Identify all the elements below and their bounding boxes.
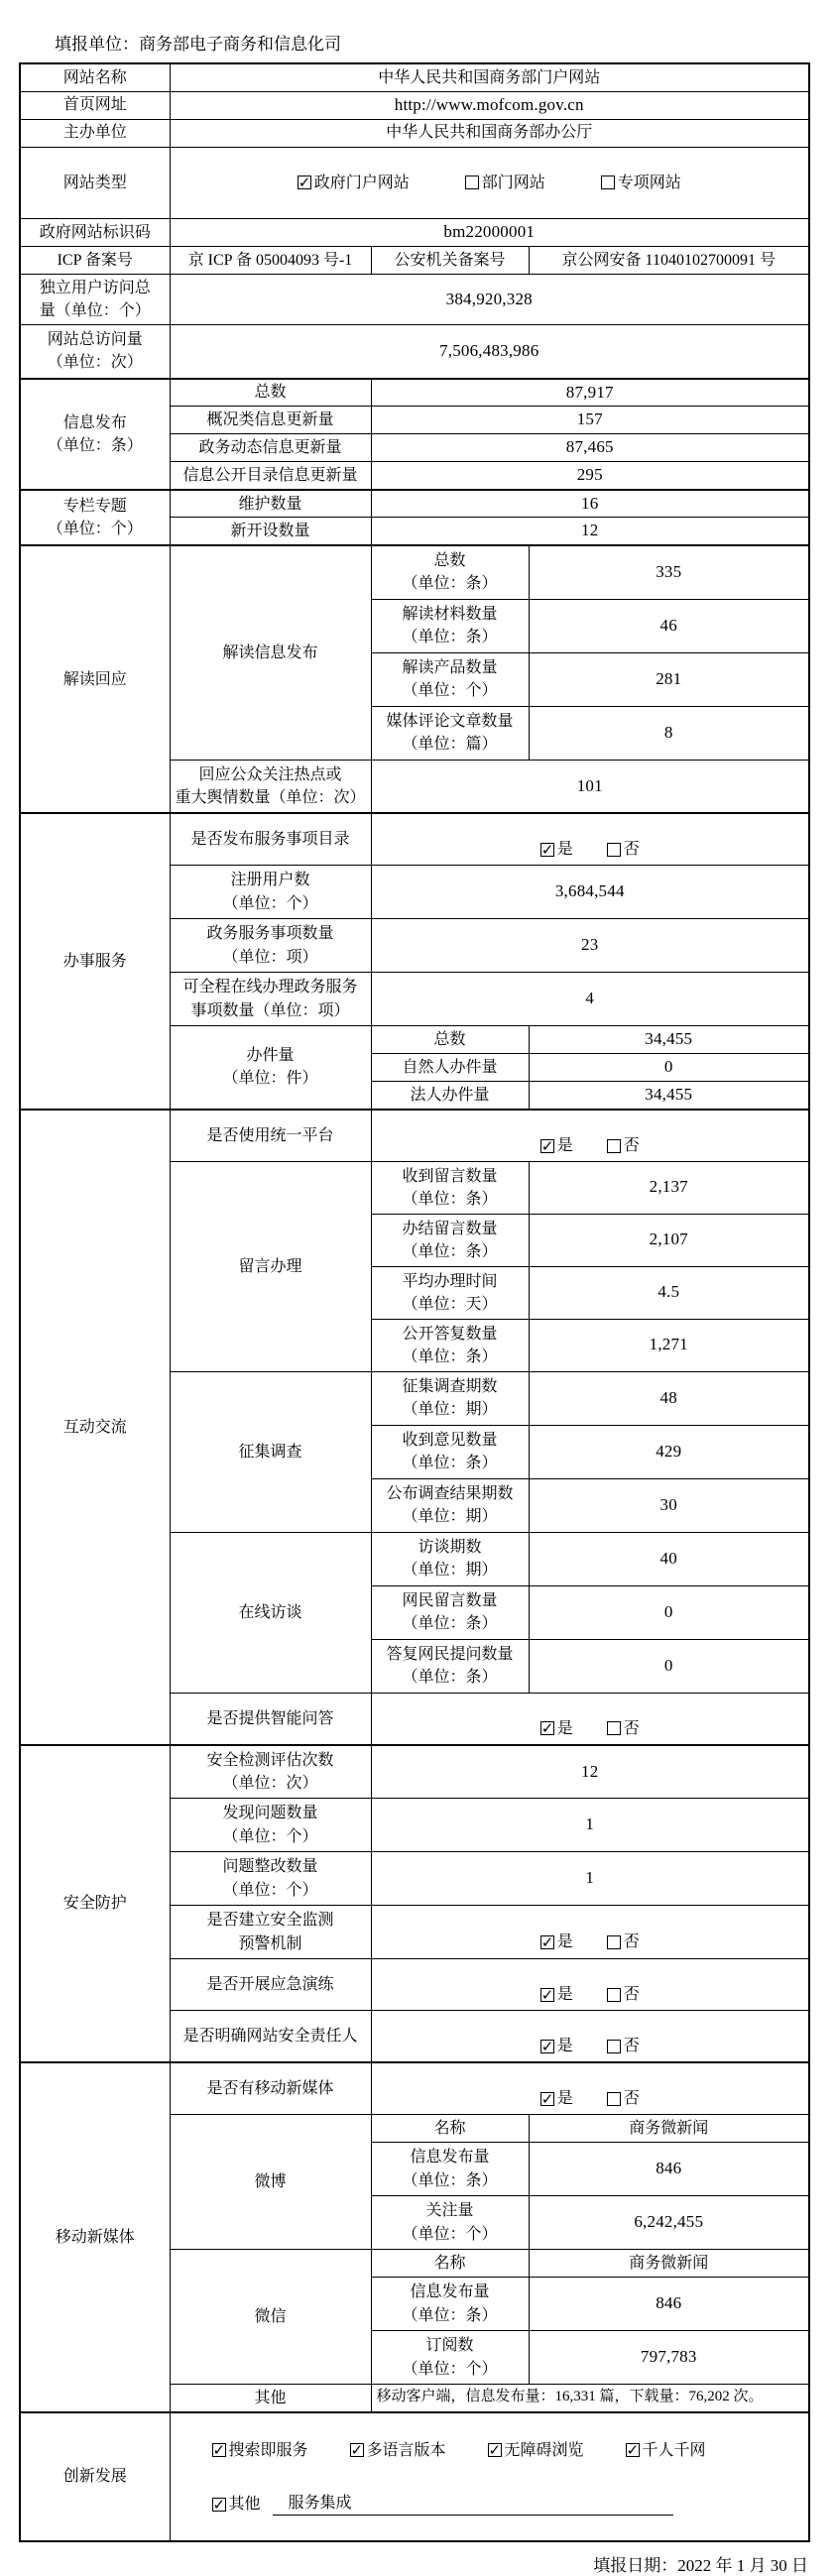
security-monitor-label: 是否建立安全监测 预警机制 — [170, 1906, 371, 1959]
mobile-has-label: 是否有移动新媒体 — [170, 2062, 371, 2114]
security-responsible-yesno: 是 否 — [371, 2011, 809, 2062]
no-option: 否 — [607, 1717, 640, 1740]
services-catalog-yesno: 是 否 — [371, 813, 809, 865]
no-option: 否 — [607, 2087, 640, 2110]
msg-received-value: 2,137 — [529, 1161, 809, 1214]
site-type-options: 政府门户网站 部门网站 专项网站 — [170, 147, 809, 219]
no-option: 否 — [607, 1134, 640, 1157]
checkbox-unchecked-icon — [465, 176, 479, 189]
interview-replies-value: 0 — [529, 1639, 809, 1693]
info-catalog-label: 信息公开目录信息更新量 — [170, 462, 371, 490]
interaction-group: 互动交流 — [20, 1110, 170, 1745]
checkbox-unchecked-icon — [607, 1988, 621, 2002]
security-assess-label: 安全检测评估次数 （单位：次） — [170, 1745, 371, 1799]
wechat-posts-value: 846 — [529, 2278, 809, 2331]
yes-option: 是 — [540, 1983, 573, 2006]
weibo-posts-value: 846 — [529, 2143, 809, 2196]
innovation-option-accessibility: 无障碍浏览 — [488, 2439, 584, 2462]
yes-option: 是 — [540, 1717, 573, 1740]
checkbox-checked-icon — [540, 2092, 554, 2106]
service-items-label: 政务服务事项数量 （单位：项） — [170, 919, 371, 973]
survey-opinions-value: 429 — [529, 1425, 809, 1478]
interview-messages-label: 网民留言数量 （单位：条） — [371, 1585, 529, 1639]
no-option: 否 — [607, 1983, 640, 2006]
wechat-subs-value: 797,783 — [529, 2331, 809, 2385]
info-dynamic-label: 政务动态信息更新量 — [170, 434, 371, 462]
special-columns-group: 专栏专题 （单位：个） — [20, 490, 170, 545]
yes-option: 是 — [540, 1134, 573, 1157]
checkbox-checked-icon — [298, 176, 311, 189]
security-assess-value: 12 — [371, 1745, 809, 1799]
police-record-label: 公安机关备案号 — [371, 247, 529, 275]
msg-done-label: 办结留言数量 （单位：条） — [371, 1214, 529, 1266]
info-dynamic-value: 87,465 — [371, 434, 809, 462]
registered-users-label: 注册用户数 （单位：个） — [170, 866, 371, 919]
msg-public-reply-label: 公开答复数量 （单位：条） — [371, 1319, 529, 1371]
mobile-other-label: 其他 — [170, 2385, 371, 2412]
mobile-other-value: 移动客户端，信息发布量：16,331 篇，下载量：76,202 次。 — [371, 2385, 809, 2412]
mobile-group: 移动新媒体 — [20, 2062, 170, 2411]
online-items-label: 可全程在线办理政务服务 事项数量（单位：项） — [170, 973, 371, 1026]
interp-material-value: 46 — [529, 599, 809, 652]
no-option: 否 — [607, 838, 640, 861]
weibo-group: 微博 — [170, 2115, 371, 2250]
interp-total-label: 总数 （单位：条） — [371, 545, 529, 599]
security-found-label: 发现问题数量 （单位：个） — [170, 1799, 371, 1852]
msg-public-reply-value: 1,271 — [529, 1319, 809, 1371]
innovation-option-other: 其他 — [212, 2493, 261, 2516]
weibo-name-value: 商务微新闻 — [529, 2115, 809, 2143]
special-new-label: 新开设数量 — [170, 518, 371, 545]
yes-option: 是 — [540, 2087, 573, 2110]
weibo-followers-label: 关注量 （单位：个） — [371, 2196, 529, 2250]
checkbox-checked-icon — [540, 1139, 554, 1153]
interview-periods-value: 40 — [529, 1532, 809, 1585]
msg-received-label: 收到留言数量 （单位：条） — [371, 1161, 529, 1214]
weibo-posts-label: 信息发布量 （单位：条） — [371, 2143, 529, 2196]
checkbox-unchecked-icon — [607, 1139, 621, 1153]
weibo-followers-value: 6,242,455 — [529, 2196, 809, 2250]
wechat-posts-label: 信息发布量 （单位：条） — [371, 2278, 529, 2331]
innovation-option-personalized: 千人千网 — [626, 2439, 706, 2462]
icp-label: ICP 备案号 — [20, 247, 170, 275]
checkbox-checked-icon — [212, 2443, 226, 2457]
security-drill-yesno: 是 否 — [371, 1959, 809, 2011]
interpretation-subgroup: 解读信息发布 — [170, 545, 371, 760]
msg-done-value: 2,107 — [529, 1214, 809, 1266]
interpretation-group: 解读回应 — [20, 545, 170, 813]
checkbox-unchecked-icon — [607, 1721, 621, 1735]
site-type-label: 网站类型 — [20, 147, 170, 219]
survey-results-label: 公布调查结果期数 （单位：期） — [371, 1478, 529, 1532]
interp-product-label: 解读产品数量 （单位：个） — [371, 652, 529, 706]
msg-avg-time-label: 平均办理时间 （单位：天） — [371, 1266, 529, 1319]
site-type-option-special: 专项网站 — [601, 172, 681, 194]
handled-natural-label: 自然人办件量 — [371, 1054, 529, 1082]
checkbox-checked-icon — [212, 2498, 226, 2512]
survey-periods-label: 征集调查期数 （单位：期） — [371, 1371, 529, 1425]
interview-messages-value: 0 — [529, 1585, 809, 1639]
unified-platform-label: 是否使用统一平台 — [170, 1110, 371, 1161]
handled-total-label: 总数 — [371, 1026, 529, 1054]
interp-product-value: 281 — [529, 652, 809, 706]
annual-report-table: 网站名称 中华人民共和国商务部门户网站 首页网址 http://www.mofc… — [19, 62, 810, 2542]
total-visits-label: 网站总访问量 （单位：次） — [20, 325, 170, 379]
interp-material-label: 解读材料数量 （单位：条） — [371, 599, 529, 652]
total-visits-value: 7,506,483,986 — [170, 325, 809, 379]
unified-platform-yesno: 是 否 — [371, 1110, 809, 1161]
checkbox-checked-icon — [350, 2443, 364, 2457]
yes-option: 是 — [540, 838, 573, 861]
handled-group: 办件量 （单位：件） — [170, 1026, 371, 1110]
smart-qa-label: 是否提供智能问答 — [170, 1693, 371, 1744]
interp-media-value: 8 — [529, 706, 809, 760]
yes-option: 是 — [540, 1931, 573, 1953]
unique-visitors-value: 384,920,328 — [170, 275, 809, 325]
security-monitor-yesno: 是 否 — [371, 1906, 809, 1959]
survey-results-value: 30 — [529, 1478, 809, 1532]
interp-media-label: 媒体评论文章数量 （单位：篇） — [371, 706, 529, 760]
fill-unit-header: 填报单位：商务部电子商务和信息化司 — [0, 0, 836, 62]
service-items-value: 23 — [371, 919, 809, 973]
checkbox-unchecked-icon — [607, 2092, 621, 2106]
checkbox-checked-icon — [540, 1935, 554, 1949]
checkbox-unchecked-icon — [607, 2040, 621, 2053]
survey-periods-value: 48 — [529, 1371, 809, 1425]
innovation-options: 搜索即服务 多语言版本 无障碍浏览 千人千网 其他 服务集成 — [170, 2412, 809, 2541]
msg-avg-time-value: 4.5 — [529, 1266, 809, 1319]
checkbox-unchecked-icon — [601, 176, 615, 189]
site-name-label: 网站名称 — [20, 63, 170, 91]
security-found-value: 1 — [371, 1799, 809, 1852]
yes-option: 是 — [540, 2035, 573, 2057]
wechat-subs-label: 订阅数 （单位：个） — [371, 2331, 529, 2385]
site-type-option-portal: 政府门户网站 — [298, 172, 410, 194]
survey-group: 征集调查 — [170, 1371, 371, 1532]
handled-legal-label: 法人办件量 — [371, 1082, 529, 1110]
registered-users-value: 3,684,544 — [371, 866, 809, 919]
smart-qa-yesno: 是 否 — [371, 1693, 809, 1744]
sponsor-label: 主办单位 — [20, 119, 170, 147]
security-drill-label: 是否开展应急演练 — [170, 1959, 371, 2011]
checkbox-unchecked-icon — [607, 1935, 621, 1949]
message-group: 留言办理 — [170, 1161, 371, 1371]
hotspot-label: 回应公众关注热点或 重大舆情数量（单位：次） — [170, 760, 371, 813]
site-code-label: 政府网站标识码 — [20, 219, 170, 247]
checkbox-checked-icon — [540, 2040, 554, 2053]
security-fixed-label: 问题整改数量 （单位：个） — [170, 1852, 371, 1906]
info-overview-label: 概况类信息更新量 — [170, 407, 371, 434]
innovation-option-multilang: 多语言版本 — [350, 2439, 446, 2462]
info-catalog-value: 295 — [371, 462, 809, 490]
interview-group: 在线访谈 — [170, 1532, 371, 1693]
handled-total-value: 34,455 — [529, 1026, 809, 1054]
site-type-option-department: 部门网站 — [465, 172, 545, 194]
wechat-name-label: 名称 — [371, 2250, 529, 2278]
icp-value: 京 ICP 备 05004093 号-1 — [170, 247, 371, 275]
site-code-value: bm22000001 — [170, 219, 809, 247]
innovation-group: 创新发展 — [20, 2412, 170, 2541]
special-maintain-value: 16 — [371, 490, 809, 518]
site-name-value: 中华人民共和国商务部门户网站 — [170, 63, 809, 91]
info-total-label: 总数 — [170, 379, 371, 407]
sponsor-value: 中华人民共和国商务部办公厅 — [170, 119, 809, 147]
home-url-value: http://www.mofcom.gov.cn — [170, 91, 809, 119]
online-items-value: 4 — [371, 973, 809, 1026]
special-new-value: 12 — [371, 518, 809, 545]
wechat-name-value: 商务微新闻 — [529, 2250, 809, 2278]
report-page: 填报单位：商务部电子商务和信息化司 网站名称 中华人民共和国商务部门户网站 首页… — [0, 0, 836, 2296]
wechat-group: 微信 — [170, 2250, 371, 2385]
home-url-label: 首页网址 — [20, 91, 170, 119]
innovation-option-search: 搜索即服务 — [212, 2439, 308, 2462]
interp-total-value: 335 — [529, 545, 809, 599]
security-group: 安全防护 — [20, 1745, 170, 2062]
no-option: 否 — [607, 2035, 640, 2057]
services-group: 办事服务 — [20, 813, 170, 1110]
weibo-name-label: 名称 — [371, 2115, 529, 2143]
checkbox-checked-icon — [626, 2443, 640, 2457]
mobile-has-yesno: 是 否 — [371, 2062, 809, 2114]
checkbox-unchecked-icon — [607, 843, 621, 857]
special-maintain-label: 维护数量 — [170, 490, 371, 518]
info-total-value: 87,917 — [371, 379, 809, 407]
checkbox-checked-icon — [540, 1721, 554, 1735]
info-overview-value: 157 — [371, 407, 809, 434]
security-responsible-label: 是否明确网站安全责任人 — [170, 2011, 371, 2062]
survey-opinions-label: 收到意见数量 （单位：条） — [371, 1425, 529, 1478]
handled-legal-value: 34,455 — [529, 1082, 809, 1110]
interview-replies-label: 答复网民提问数量 （单位：条） — [371, 1639, 529, 1693]
police-record-value: 京公网安备 11040102700091 号 — [529, 247, 809, 275]
hotspot-value: 101 — [371, 760, 809, 813]
security-fixed-value: 1 — [371, 1852, 809, 1906]
unique-visitors-label: 独立用户访问总 量（单位：个） — [20, 275, 170, 325]
interview-periods-label: 访谈期数 （单位：期） — [371, 1532, 529, 1585]
checkbox-checked-icon — [540, 1988, 554, 2002]
report-date: 填报日期：2022 年 1 月 30 日 — [0, 2542, 836, 2576]
checkbox-checked-icon — [540, 843, 554, 857]
checkbox-checked-icon — [488, 2443, 502, 2457]
no-option: 否 — [607, 1931, 640, 1953]
handled-natural-value: 0 — [529, 1054, 809, 1082]
services-catalog-label: 是否发布服务事项目录 — [170, 813, 371, 865]
innovation-other-value: 服务集成 — [273, 2492, 673, 2516]
info-publish-group: 信息发布 （单位：条） — [20, 379, 170, 490]
